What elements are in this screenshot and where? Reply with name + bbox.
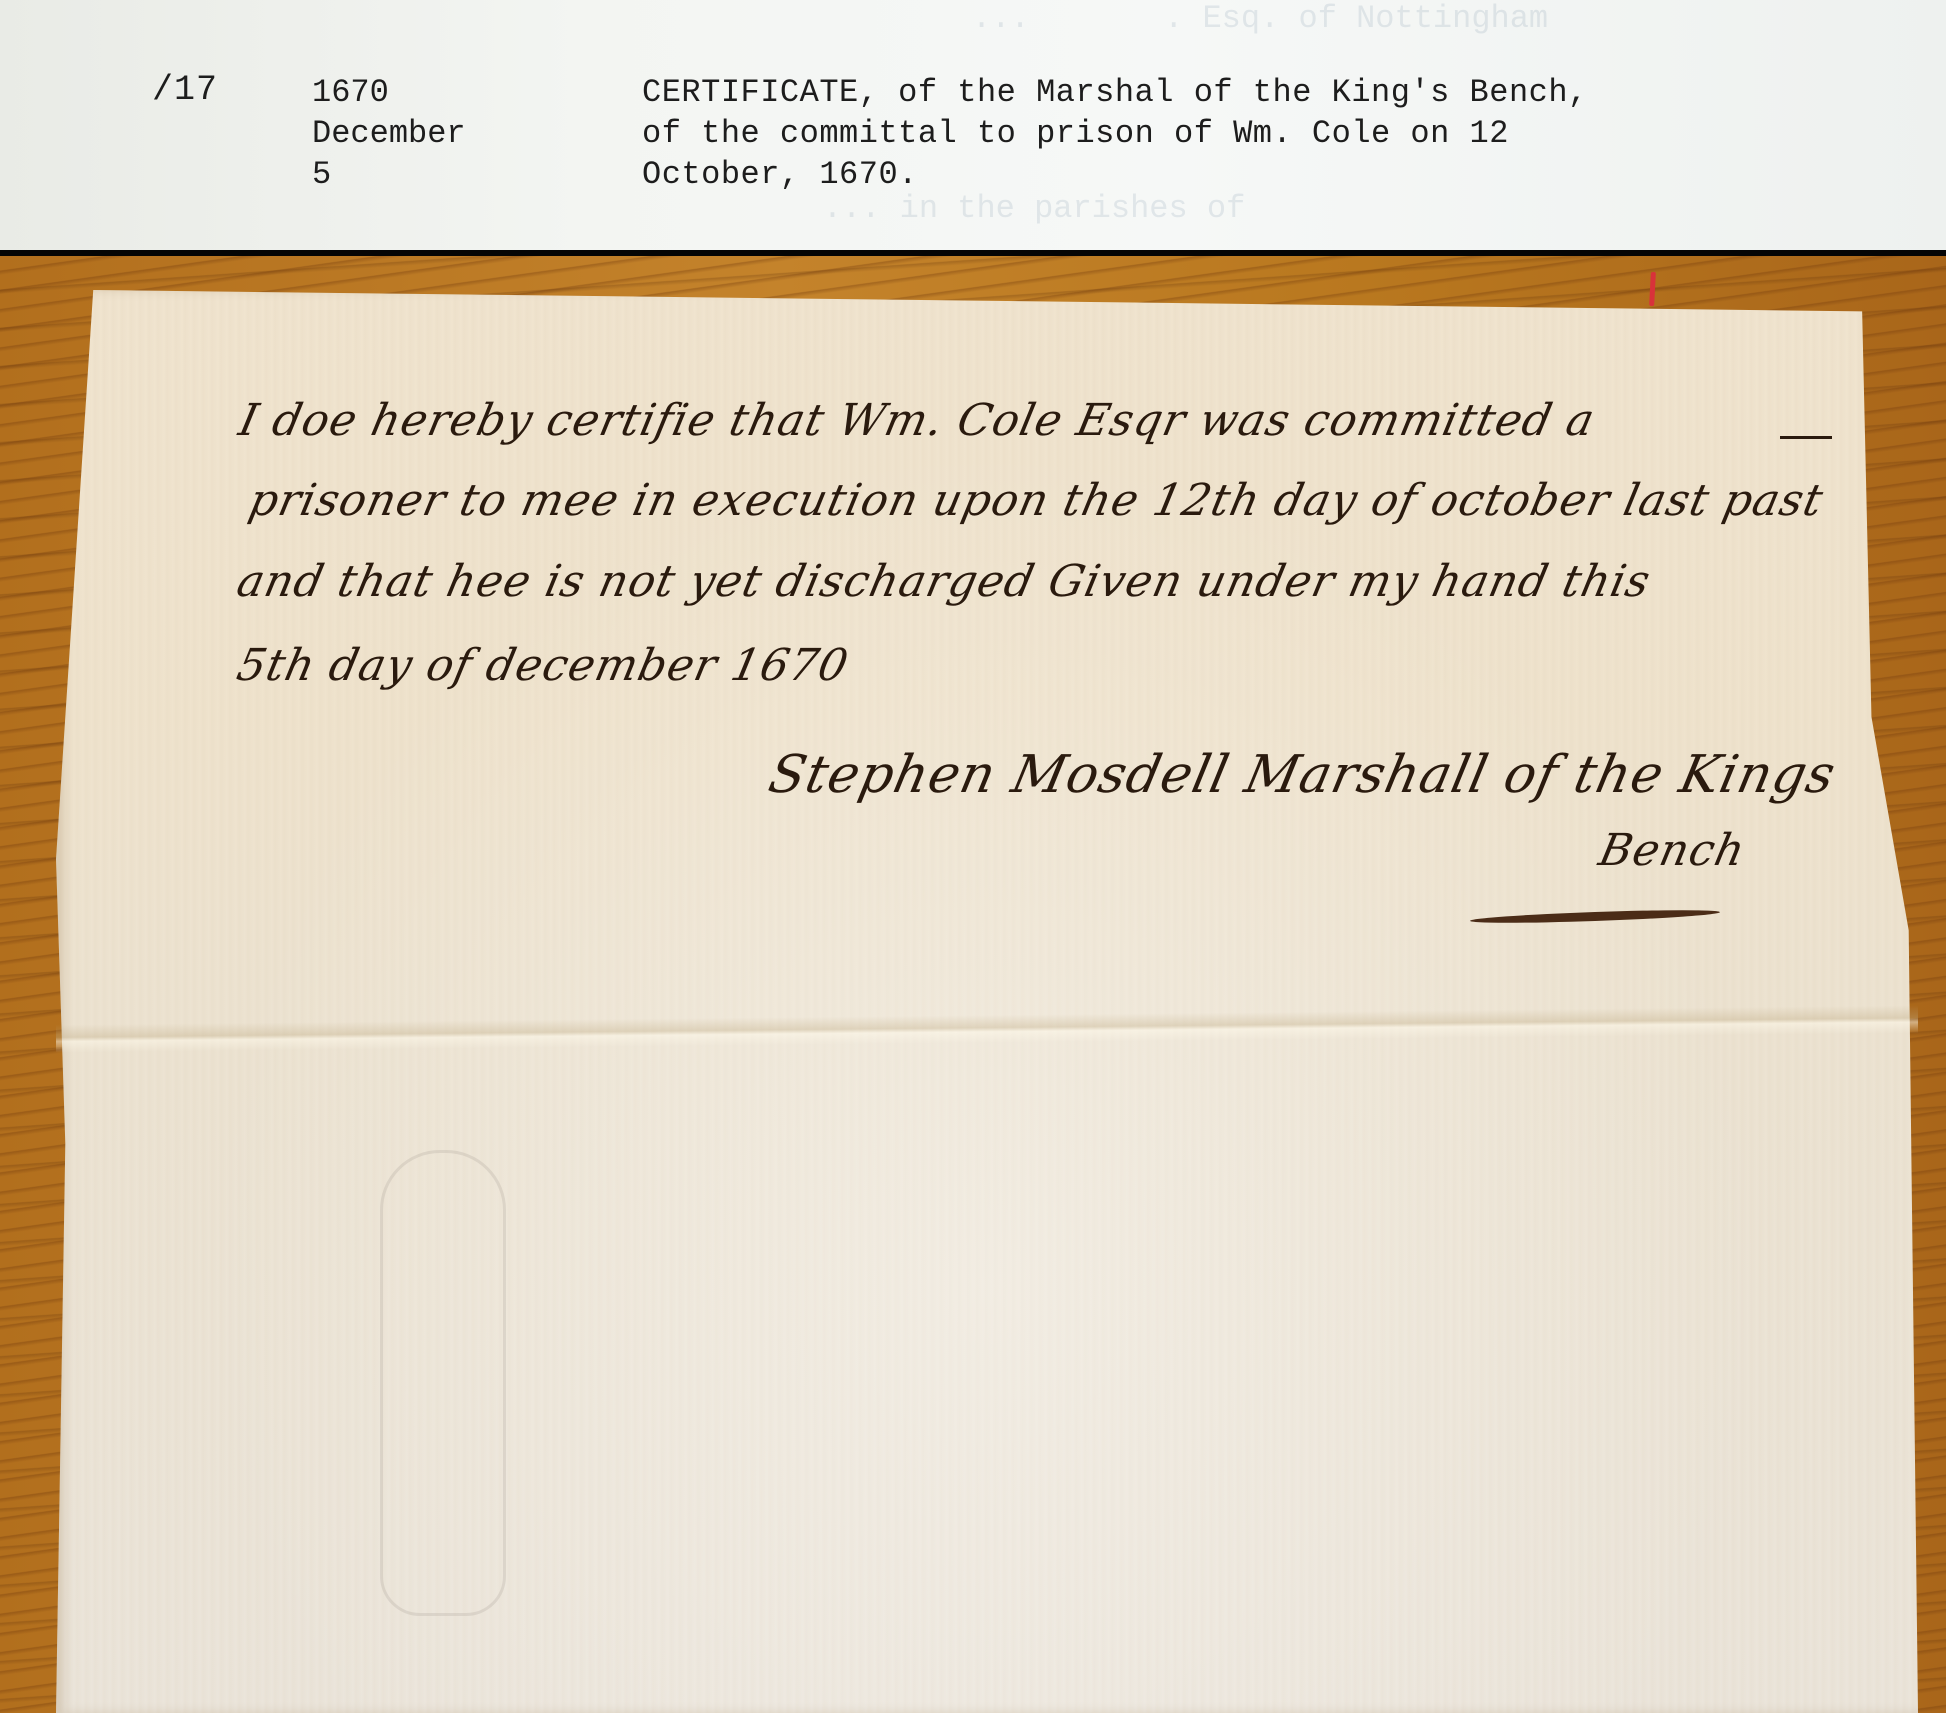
bleed-through-text: ... in the parishes of	[650, 190, 1245, 227]
description-line: October, 1670.	[642, 154, 1588, 195]
reference-number: /17	[152, 70, 218, 110]
manuscript-line: prisoner to mee in execution upon the 12…	[245, 475, 1828, 526]
entry-description: CERTIFICATE, of the Marshal of the King'…	[642, 72, 1588, 195]
date-year: 1670	[312, 72, 466, 113]
description-line: of the committal to prison of Wm. Cole o…	[642, 113, 1588, 154]
manuscript-line: 5th day of december 1670	[233, 640, 854, 691]
marshal-signature-continued: Bench	[1595, 825, 1751, 876]
paper-watermark	[380, 1150, 506, 1616]
catalogue-entry: ... . Esq. of Nottingham ... in the pari…	[0, 0, 1946, 250]
date-month: December	[312, 113, 466, 154]
entry-date: 1670 December 5	[312, 72, 466, 195]
bleed-through-text: ... . Esq. of Nottingham	[780, 0, 1548, 37]
date-day: 5	[312, 154, 466, 195]
marshal-signature: Stephen Mosdell Marshall of the Kings	[764, 745, 1842, 805]
line-filler-dash	[1780, 436, 1832, 439]
manuscript-line: I doe hereby certifie that Wm. Cole Esqr…	[235, 395, 1600, 446]
manuscript-line: and that hee is not yet discharged Given…	[233, 556, 1656, 607]
description-line: CERTIFICATE, of the Marshal of the King'…	[642, 72, 1588, 113]
